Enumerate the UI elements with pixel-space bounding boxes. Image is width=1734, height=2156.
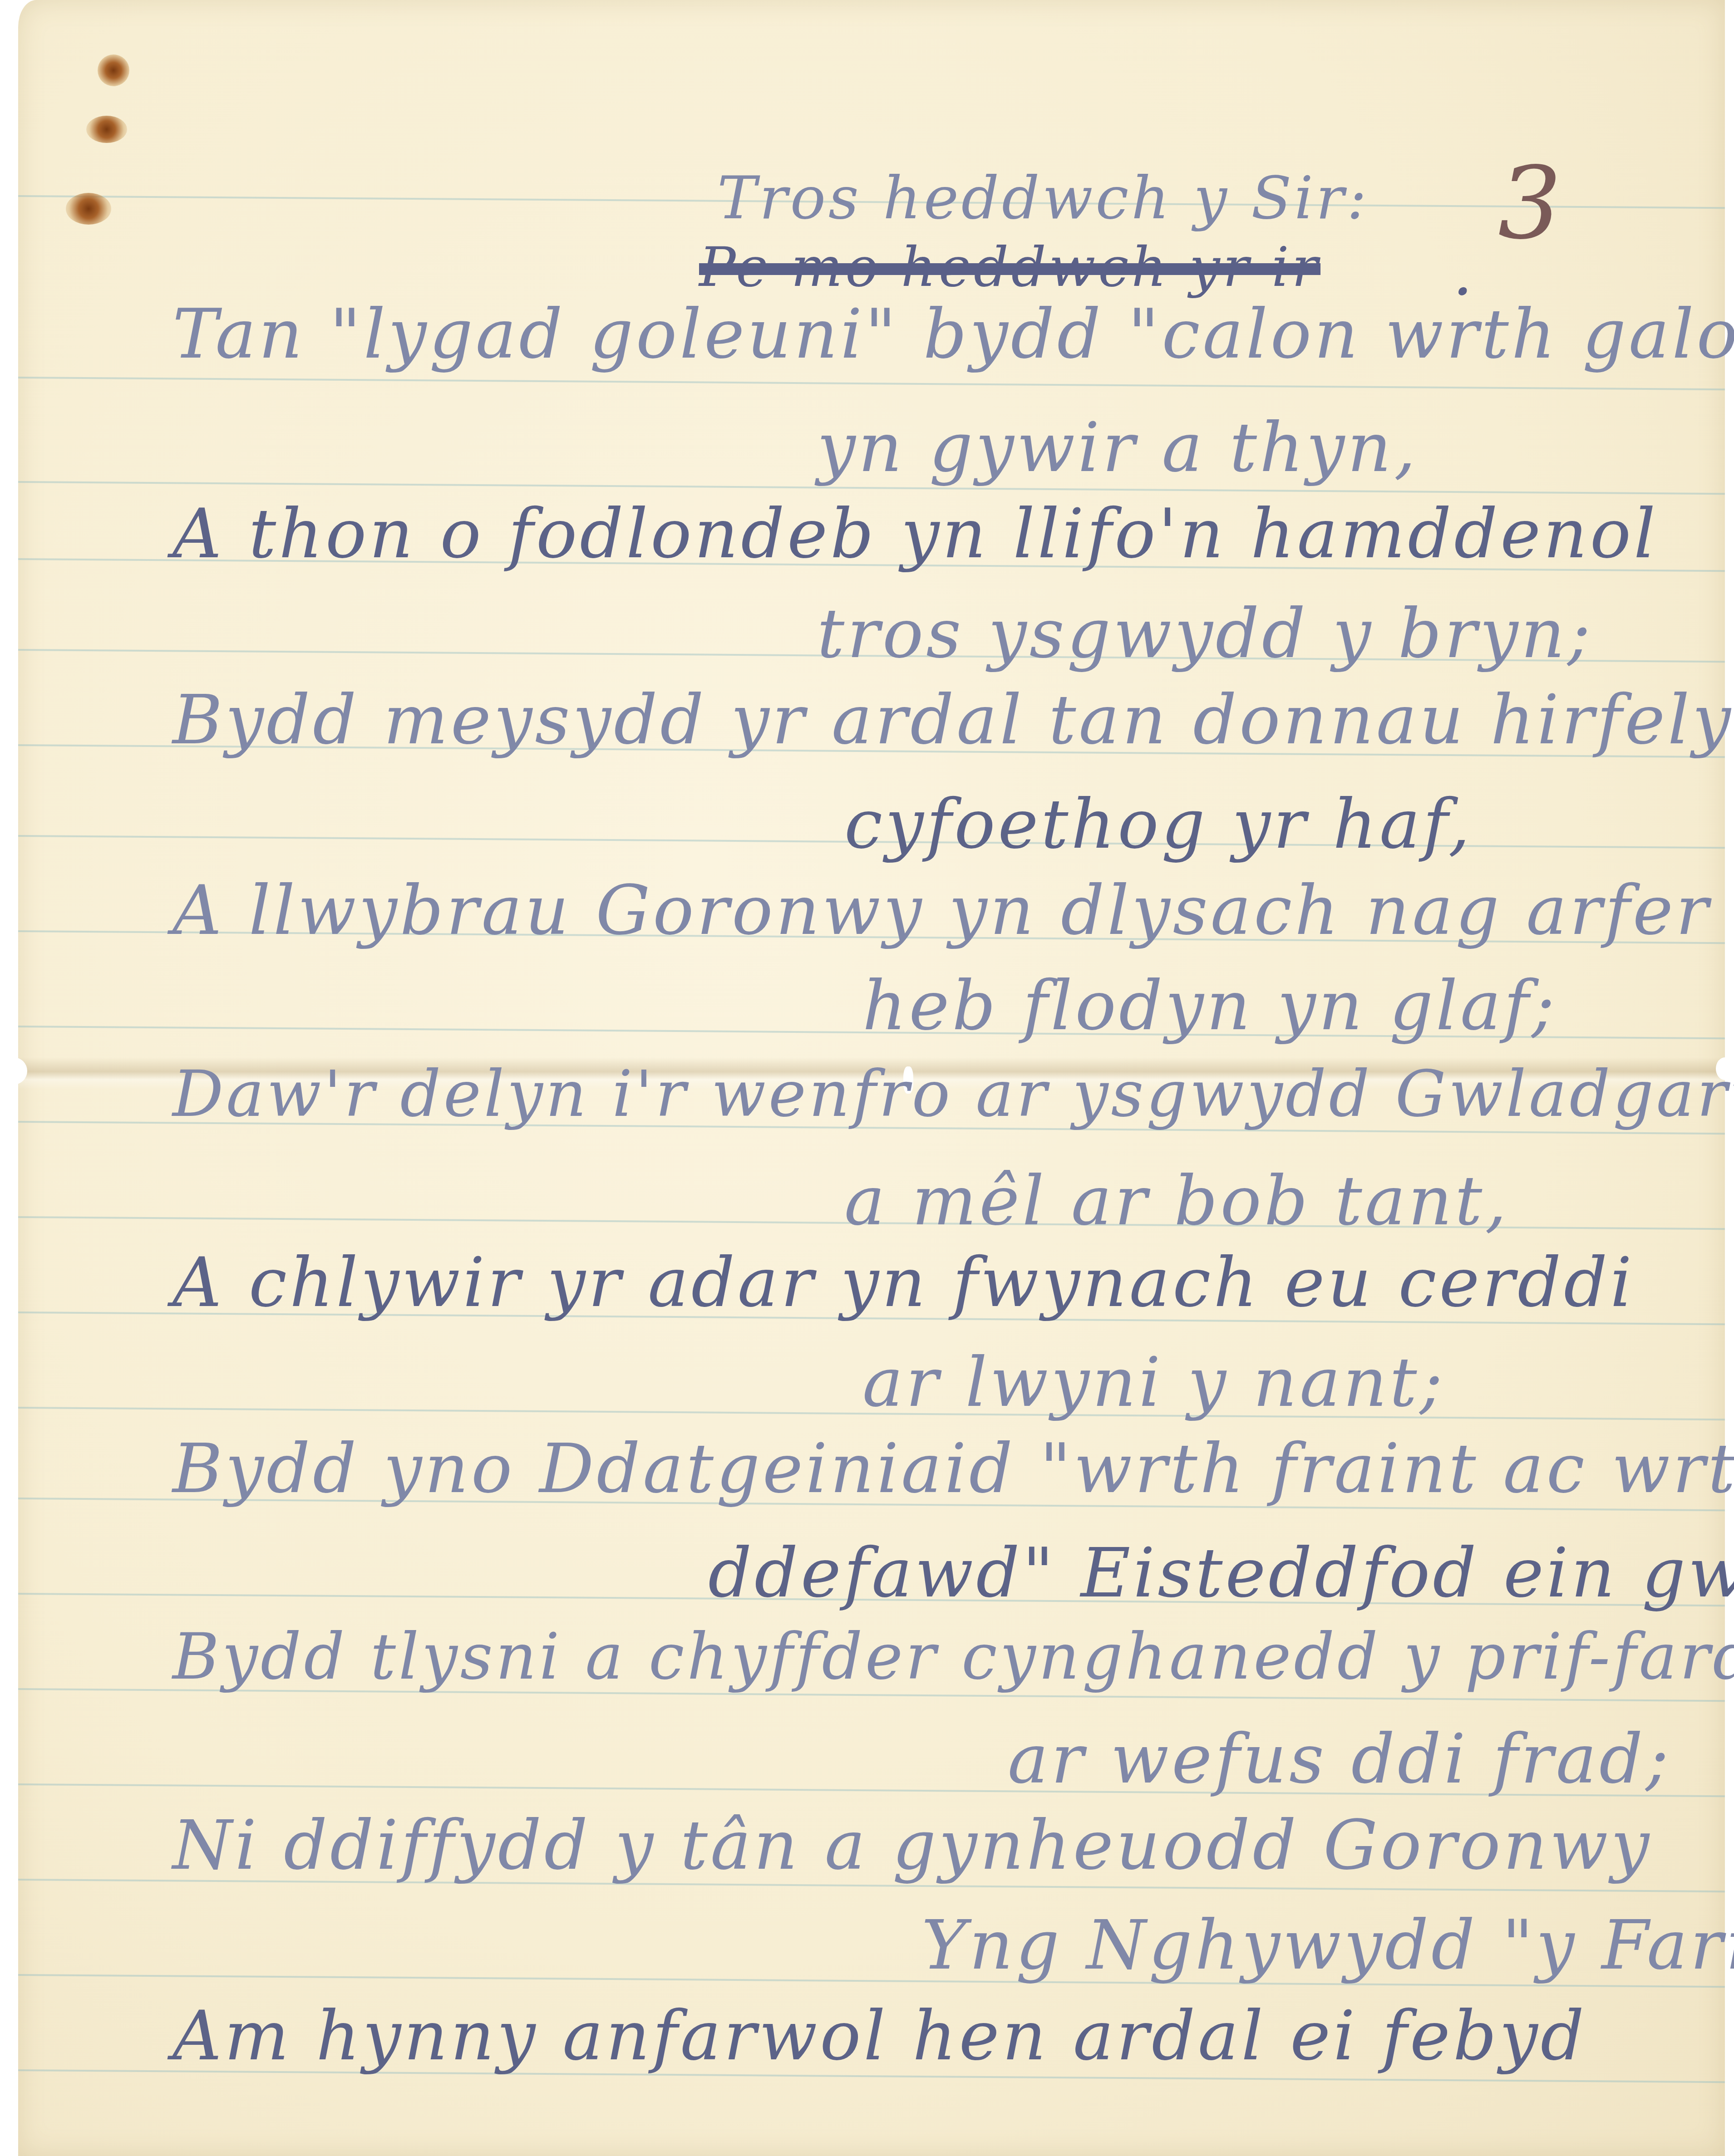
rust-hole-icon [66,193,111,225]
ruled-line [18,377,1725,390]
rust-hole-icon [98,54,129,86]
poem-line: Yng Nghywydd "y Farn," [921,1906,1734,1985]
poem-line: yn gywir a thyn, [817,408,1419,487]
rust-hole-icon [86,116,127,143]
poem-line: Ni ddiffydd y tân a gynheuodd Goronwy [172,1806,1652,1885]
struck-out-title: Pe mo heddwch yr ir [699,236,1320,299]
poem-line: ar wefus ddi frad; [1008,1720,1671,1799]
poem-line: Bydd yno Ddatgeiniaid "wrth fraint ac wr… [172,1429,1734,1508]
poem-line: Daw'r delyn i'r wenfro ar ysgwydd Gwladg… [172,1057,1734,1131]
edge-notch-left [0,1057,27,1085]
poem-line: ddefawd" Eisteddfod ein gwlad, [708,1534,1734,1613]
poem-line: a mêl ar bob tant, [844,1162,1509,1241]
poem-line: heb flodyn yn glaf; [862,967,1557,1046]
poem-line: Tan "lygad goleuni" bydd "calon wrth gal… [172,295,1734,374]
poem-line: Bydd meysydd yr ardal tan donnau hirfely… [172,681,1734,760]
poem-line: A thon o fodlondeb yn llifo'n hamddenol [172,495,1658,574]
poem-line: A chlywir yr adar yn fwynach eu cerddi [172,1243,1635,1322]
poem-line: A llwybrau Goronwy yn dlysach nag arfer [172,871,1711,950]
poem-line: Am hynny anfarwol hen ardal ei febyd [172,1997,1587,2076]
poem-title: Tros heddwch y Sir: [717,163,1369,232]
poem-line: cyfoethog yr haf, [844,785,1473,864]
poem-line: tros ysgwydd y bryn; [817,594,1593,673]
poem-line: ar lwyni y nant; [862,1343,1445,1422]
poem-line: Bydd tlysni a chyffder cynghanedd y prif… [172,1620,1734,1694]
page-number: 3 [1498,145,1562,261]
